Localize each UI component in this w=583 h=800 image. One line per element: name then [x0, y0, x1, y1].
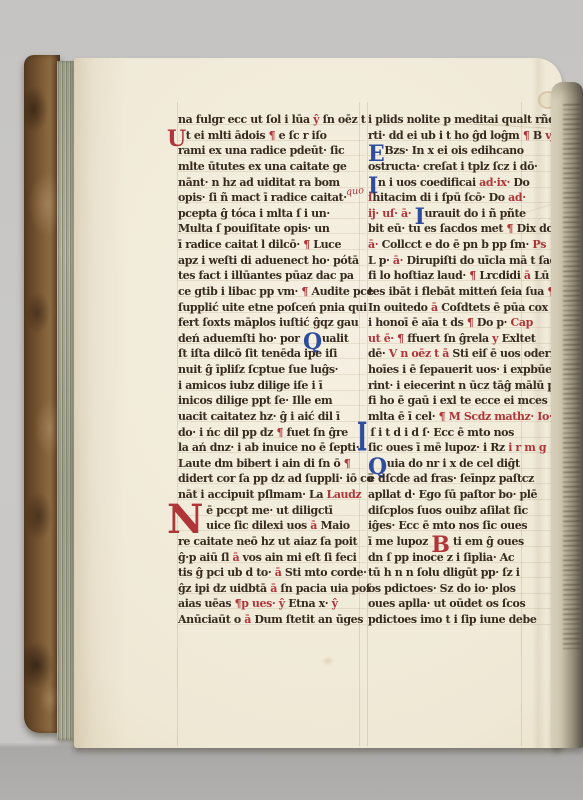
- text-segment: os pdictoes· Sz do io· plos: [368, 582, 516, 595]
- drop-cap-initial: Q: [368, 463, 387, 471]
- text-segment: Sti eiſ ē uos oderint: [452, 347, 566, 360]
- text-line: dn ſ pp inoce z i ſiplia· Ac: [368, 550, 556, 566]
- text-segment: uice ſic dilexi uos: [206, 519, 310, 532]
- text-segment: Cap: [511, 316, 533, 329]
- text-segment: Lrcdidi: [476, 269, 524, 282]
- drop-cap-initial: E: [368, 150, 384, 158]
- text-segment: ſic oues ī mē lupoz· i Rz: [368, 441, 508, 454]
- text-line: ſupplić uite etne poſceń pnia qui: [178, 300, 366, 316]
- text-segment: e ſc r iſo: [275, 129, 326, 142]
- text-line: apllat d· Ego ſū paſtor bo· plē: [368, 487, 556, 503]
- text-segment: ē pccpt me· ut diligctī: [206, 504, 332, 517]
- text-segment: didert cor ſa pp dz ad ſuppli· iō cō: [178, 472, 373, 485]
- text-segment: la ań dnz· i ab inuice no ē ſepti·: [178, 441, 359, 454]
- text-segment: tis ĝ pci ub d to·: [178, 566, 275, 579]
- text-segment: na fulgr ecc ut ſol i lūa: [178, 113, 313, 126]
- text-segment: ¶: [301, 285, 311, 298]
- text-line: re caitate neō hz ut aiaz ſa poit: [178, 534, 366, 550]
- text-segment: apz i weſti di aduenect ho· pótā: [178, 254, 359, 267]
- text-segment: uacit caitatez hz· ĝ i aić dil ī: [178, 410, 340, 423]
- text-line: pcepta ĝ tóca i mlta ſ i un·: [178, 206, 366, 222]
- text-segment: ŷ: [332, 597, 338, 610]
- text-line: i plids nolite p meditai qualt rñd: [368, 112, 556, 128]
- book: na fulgr ecc ut ſol i lūa ŷ ſn oēz tUt e…: [0, 0, 583, 800]
- text-column-left: na fulgr ecc ut ſol i lūa ŷ ſn oēz tUt e…: [178, 112, 366, 628]
- text-segment: opis· ſi ñ mact ī radice caitat·: [178, 191, 347, 204]
- text-segment: n i uos coedificai: [378, 176, 479, 189]
- text-segment: hitacim di i ſpū ſcō· Do: [372, 191, 508, 204]
- text-segment: re caitate neō hz ut aiaz ſa poit: [178, 535, 357, 548]
- text-segment: inicos dilige ppt ſe· Ille em: [178, 394, 332, 407]
- text-segment: ffuert ſn ĝrela: [407, 332, 492, 345]
- text-line: ĝ·p aiū ſl ā vos ain mi eſt ſi feci: [178, 550, 366, 566]
- text-segment: ā: [270, 582, 277, 595]
- text-line: rint· i eiecerint n ūcz tāĝ mālū pp: [368, 378, 556, 394]
- text-line: Laute dm bibert i ain di ſn ō ¶: [178, 456, 366, 472]
- text-line: hoīes i ē ſepauerit uos· i expbūe: [368, 362, 556, 378]
- text-line: Multa ſ pouiſitate opis· un: [178, 221, 366, 237]
- text-segment: nuit ĝ īpliſz ſcptue ſue luĝs·: [178, 363, 338, 376]
- text-segment: ¶ M: [439, 410, 464, 423]
- text-segment: Bzs· In x ei ois edihcano: [384, 144, 523, 157]
- text-line: apz i weſti di aduenect ho· pótā: [178, 253, 366, 269]
- photo-background: na fulgr ecc ut ſol i lūa ŷ ſn oēz tUt e…: [0, 0, 583, 800]
- text-line: oues aplla· ut oūdet os ſcos: [368, 596, 556, 612]
- text-line: inicos dilige ppt ſe· Ille em: [178, 393, 366, 409]
- text-segment: Exltet: [498, 332, 535, 345]
- text-segment: Coſdtets ē pūa cox: [438, 301, 548, 314]
- text-segment: ā: [244, 613, 251, 626]
- text-line: i amicos iubz dilige iſe i ī: [178, 378, 366, 394]
- text-line: uacit caitatez hz· ĝ i aić dil ī: [178, 409, 366, 425]
- text-line: Ut ei mlti ādois ¶ e ſc r iſo: [178, 128, 366, 144]
- text-segment: rint· i eiecerint n ūcz tāĝ mālū pp: [368, 379, 562, 392]
- text-segment: In ouitedo: [368, 301, 431, 314]
- text-segment: i r m g: [508, 441, 546, 454]
- text-segment: do· i ńc dil pp dz: [178, 426, 276, 439]
- text-segment: ti em ĝ oues: [450, 535, 524, 548]
- text-line: ce gtib i libac pp vm· ¶ Audite pce: [178, 284, 366, 300]
- text-line: didert cor ſa pp dz ad ſuppli· iō cō: [178, 471, 366, 487]
- text-line: ostructa· creſat i tplz ſcz i dō·: [368, 159, 556, 175]
- text-line: In i uos coedificai ad·ix· Do: [368, 175, 556, 191]
- text-segment: ī radice caitat l dilcō·: [178, 238, 303, 251]
- text-line: tū h n n ſolu dligūt pp· ſz i: [368, 565, 556, 581]
- text-line: mlte ūtutes ex una caitate ge: [178, 159, 366, 175]
- text-segment: mlte ūtutes ex una caitate ge: [178, 160, 346, 173]
- text-segment: dn ſ pp inoce z i ſiplia· Ac: [368, 551, 514, 564]
- text-segment: ē dſcde ad fras· ſeīnpz paſtcz: [368, 472, 534, 485]
- text-line: tes fact i illūantes pūaz dac pa: [178, 268, 366, 284]
- text-segment: uia do nr i x de cel diĝt: [387, 457, 520, 470]
- text-segment: i honoī ē aīa t ds: [368, 316, 467, 329]
- text-line: ī me lupoz B ti em ĝ oues: [368, 534, 556, 550]
- text-segment: ĝz ipi dz uidbtā: [178, 582, 270, 595]
- text-column-right: i plids nolite p meditai qualt rñdrti· d…: [368, 112, 556, 628]
- text-segment: B: [533, 129, 545, 142]
- text-segment: Do: [510, 176, 530, 189]
- text-segment: ¶: [344, 457, 351, 470]
- text-line: dē· V n oēz t ā Sti eiſ ē uos oderint: [368, 346, 556, 362]
- drop-cap-initial: U: [167, 135, 186, 143]
- text-segment: Luce: [313, 238, 341, 251]
- text-segment: i amicos iubz dilige iſe i ī: [178, 379, 322, 392]
- text-segment: fert ſoxts māplos iuſtić ĝqz gau: [178, 316, 358, 329]
- text-line: In ouitedo ā Coſdtets ē pūa cox: [368, 300, 556, 316]
- text-line: os pdictoes· Sz do io· plos: [368, 581, 556, 597]
- text-line: L p· ā· Dirupiſti do uīcla mā t ſac: [368, 253, 556, 269]
- text-line: fi ho ē gaū i exl te ecce ei mces uīa: [368, 393, 556, 409]
- text-line: ā· Collcct e do ē pn b pp ſm· Ps: [368, 237, 556, 253]
- text-segment: dē·: [368, 347, 389, 360]
- drop-cap-initial: I: [415, 213, 425, 221]
- text-segment: ad·ix·: [479, 176, 510, 189]
- text-segment: pdictoes imo t i ſip iune debe: [368, 613, 536, 626]
- text-line: nānt· n hz ad uiditat ra bom: [178, 175, 366, 191]
- text-line: ſhitacim di i ſpū ſcō· Do ad·: [368, 190, 556, 206]
- drop-cap-initial: Q: [303, 338, 322, 346]
- text-segment: iĝes· Ecc ē mto nos ſic oues: [368, 519, 527, 532]
- text-segment: ¶: [303, 238, 313, 251]
- text-segment: Lū: [531, 269, 549, 282]
- text-segment: ¶: [523, 129, 533, 142]
- foxing-spot: [324, 658, 332, 664]
- text-segment: urauit do i ñ pñte: [425, 207, 526, 220]
- text-segment: Scdz mathz· Io·: [464, 410, 552, 423]
- text-segment: deń aduemſti ho· por: [178, 332, 303, 345]
- text-segment: ad·: [508, 191, 525, 204]
- text-segment: nānt· n hz ad uiditat ra bom: [178, 176, 340, 189]
- text-line: EBzs· In x ei ois edihcano: [368, 143, 556, 159]
- leather-spine: [24, 55, 60, 733]
- text-segment: Collcct e do ē pn b pp ſm·: [378, 238, 532, 251]
- text-segment: ce gtib i libac pp vm·: [178, 285, 301, 298]
- text-segment: ¶: [469, 269, 476, 282]
- text-line: fert ſoxts māplos iuſtić ĝqz gau: [178, 315, 366, 331]
- text-segment: Laute dm bibert i ain di ſn ō: [178, 457, 344, 470]
- text-line: la ań dnz· i ab inuice no ē ſepti·: [178, 440, 366, 456]
- text-segment: aias uēas: [178, 597, 235, 610]
- text-segment: fi ho ē gaū i exl te ecce ei mces uīa: [368, 394, 569, 407]
- text-segment: tes fact i illūantes pūaz dac pa: [178, 269, 354, 282]
- text-segment: rami ex una radice pdeūt· ſic: [178, 144, 344, 157]
- text-line: N ē pccpt me· ut diligctī: [178, 503, 366, 519]
- drop-cap-initial: I: [368, 182, 378, 190]
- text-segment: tes ibāt i flebāt mitteń ſeia ſua: [368, 285, 547, 298]
- text-segment: apllat d· Ego ſū paſtor bo· plē: [368, 488, 537, 501]
- text-line: ĝz ipi dz uidbtā ā ſn pacia uia poſ: [178, 581, 366, 597]
- text-segment: pcepta ĝ tóca i mlta ſ i un·: [178, 207, 330, 220]
- text-line: mlta ē ī cel· ¶ M Scdz mathz· Io·: [368, 409, 556, 425]
- text-segment: Etna x·: [288, 597, 331, 610]
- text-segment: ā: [431, 301, 438, 314]
- text-segment: Laudz: [326, 488, 361, 501]
- manuscript-page: na fulgr ecc ut ſol i lūa ŷ ſn oēz tUt e…: [74, 58, 562, 748]
- drop-cap-initial: B: [431, 541, 449, 549]
- text-segment: nāt i accipuit pſlmam· La: [178, 488, 326, 501]
- text-line: nāt i accipuit pſlmam· La Laudz: [178, 487, 366, 503]
- text-segment: ĝ·p aiū ſl: [178, 551, 233, 564]
- text-segment: ſn pacia uia poſ: [277, 582, 370, 595]
- text-segment: Sti mto corde·: [281, 566, 366, 579]
- text-line: ij· uſ· ā· Iurauit do i ñ pñte: [368, 206, 556, 222]
- text-line: uice ſic dilexi uos ā Maio: [178, 518, 366, 534]
- text-segment: ſupplić uite etne poſceń pnia qui: [178, 301, 367, 314]
- text-line: do· i ńc dil pp dz ¶ fuet ſn ĝre: [178, 425, 366, 441]
- text-line: I ſ i t d i d ſ· Ecc ē mto nos: [368, 425, 556, 441]
- text-line: aias uēas ¶p ues· ŷ Etna x· ŷ: [178, 596, 366, 612]
- text-segment: ſn oēz t: [319, 113, 365, 126]
- text-segment: tū h n n ſolu dligūt pp· ſz i: [368, 566, 520, 579]
- drop-cap-initial: I: [357, 430, 367, 444]
- text-line: rti· dd ei ub i t ho ĝd loĝm ¶ B vj·: [368, 128, 556, 144]
- text-segment: i plids nolite p meditai qualt rñd: [368, 113, 555, 126]
- text-segment: ostructa· creſat i tplz ſcz i dō·: [368, 160, 537, 173]
- text-segment: Anūciaūt o: [178, 613, 244, 626]
- text-segment: ā·: [393, 254, 403, 267]
- text-segment: ut ē· ¶: [368, 332, 407, 345]
- text-segment: ſt iſta dilcō ſit tenēda ipe iſi: [178, 347, 337, 360]
- text-segment: Multa ſ pouiſitate opis· un: [178, 222, 329, 235]
- text-line: ī radice caitat l dilcō· ¶ Luce: [178, 237, 366, 253]
- text-line: i honoī ē aīa t ds ¶ Do p· Cap: [368, 315, 556, 331]
- text-segment: hoīes i ē ſepauerit uos· i expbūe: [368, 363, 552, 376]
- text-segment: ¶p ues· ŷ: [235, 597, 289, 610]
- text-line: pdictoes imo t i ſip iune debe: [368, 612, 556, 628]
- text-segment: Do p·: [473, 316, 510, 329]
- text-segment: ualit: [322, 332, 349, 345]
- text-line: nuit ĝ īpliſz ſcptue ſue luĝs·: [178, 362, 366, 378]
- text-segment: L p·: [368, 254, 393, 267]
- drop-cap-initial: N: [167, 503, 206, 534]
- text-line: opis· ſi ñ mact ī radice caitat·: [178, 190, 366, 206]
- text-segment: vos ain mi eſt ſi feci: [239, 551, 356, 564]
- text-segment: Dum ſtetit an ūges: [251, 613, 363, 626]
- text-line: ſt iſta dilcō ſit tenēda ipe iſi: [178, 346, 366, 362]
- text-line: tis ĝ pci ub d to· ā Sti mto corde·: [178, 565, 366, 581]
- facing-page-edge: [551, 82, 583, 748]
- text-line: bit eū· tu es ſacdos met ¶ Dix do: [368, 221, 556, 237]
- facing-page-text-texture: [563, 104, 580, 652]
- text-segment: mlta ē ī cel·: [368, 410, 439, 423]
- marginal-note: quo: [345, 185, 364, 198]
- text-segment: ā: [524, 269, 531, 282]
- text-segment: oues aplla· ut oūdet os ſcos: [368, 597, 525, 610]
- text-line: deń aduemſti ho· por Qualit: [178, 331, 366, 347]
- text-line: fi lo hoſtiaz laud· ¶ Lrcdidi ā Lū: [368, 268, 556, 284]
- text-segment: diſcplos ſuos ouibz aſilat ſic: [368, 504, 528, 517]
- text-segment: fi lo hoſtiaz laud·: [368, 269, 469, 282]
- text-segment: Dix do: [513, 222, 553, 235]
- text-line: ē dſcde ad fras· ſeīnpz paſtcz: [368, 471, 556, 487]
- text-segment: t ei mlti ādois: [186, 129, 269, 142]
- text-line: diſcplos ſuos ouibz aſilat ſic: [368, 503, 556, 519]
- text-segment: V n oēz t ā: [389, 347, 453, 360]
- text-segment: Ps: [532, 238, 546, 251]
- text-line: tes ibāt i flebāt mitteń ſeia ſua ¶·: [368, 284, 556, 300]
- text-line: ſic oues ī mē lupoz· i Rz i r m g: [368, 440, 556, 456]
- text-line: Quia do nr i x de cel diĝt: [368, 456, 556, 472]
- text-segment: Dirupiſti do uīcla mā t ſac: [403, 254, 556, 267]
- text-segment: Maio: [317, 519, 350, 532]
- text-line: Anūciaūt o ā Dum ſtetit an ūges: [178, 612, 366, 628]
- text-segment: ij· uſ· ā·: [368, 207, 415, 220]
- text-line: iĝes· Ecc ē mto nos ſic oues: [368, 518, 556, 534]
- text-segment: rti· dd ei ub i t ho ĝd loĝm: [368, 129, 523, 142]
- text-segment: ī me lupoz: [368, 535, 431, 548]
- text-segment: ā·: [368, 238, 378, 251]
- text-segment: Audite pce: [311, 285, 373, 298]
- text-segment: ſ i t d i d ſ· Ecc ē mto nos: [367, 426, 514, 439]
- text-segment: bit eū· tu es ſacdos met: [368, 222, 507, 235]
- text-line: ut ē· ¶ ffuert ſn ĝrela y Exltet: [368, 331, 556, 347]
- text-line: na fulgr ecc ut ſol i lūa ŷ ſn oēz t: [178, 112, 366, 128]
- text-segment: fuet ſn ĝre: [283, 426, 348, 439]
- text-line: rami ex una radice pdeūt· ſic: [178, 143, 366, 159]
